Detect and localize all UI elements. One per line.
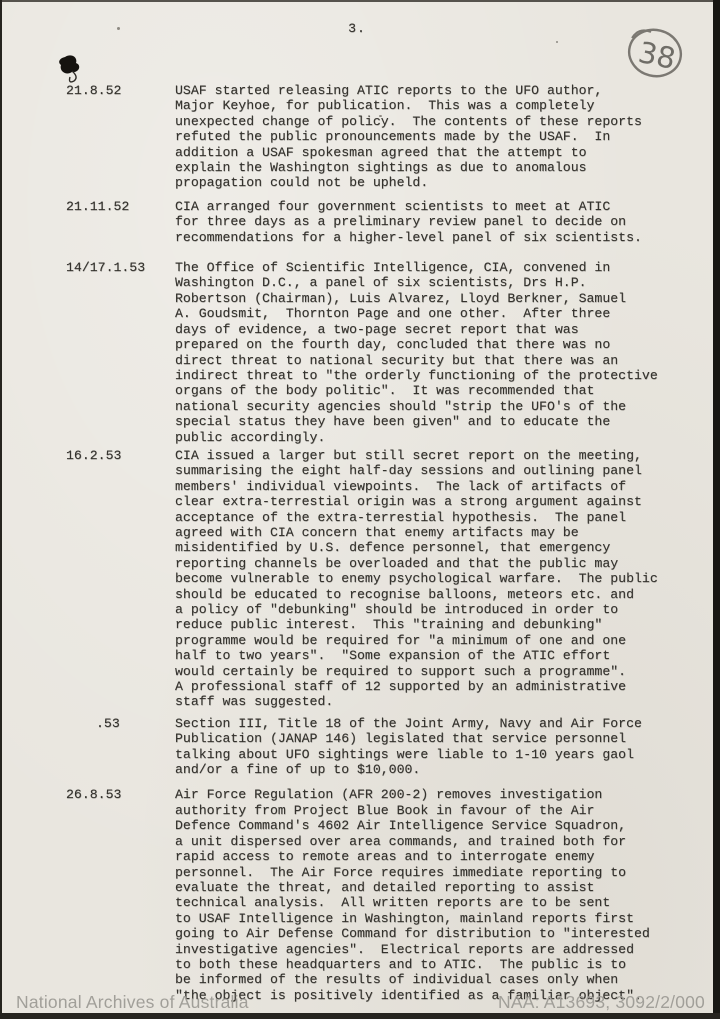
entry-text: USAF started releasing ATIC reports to t… bbox=[175, 83, 675, 191]
chronology-entry: 16.2.53 CIA issued a larger but still se… bbox=[0, 448, 714, 710]
scan-edge-bottom bbox=[0, 1013, 720, 1019]
chronology-entry: 14/17.1.53 The Office of Scientific Inte… bbox=[0, 260, 714, 445]
ink-blot-icon bbox=[56, 54, 82, 86]
annotation-number: 38 bbox=[635, 35, 678, 76]
entry-date: 14/17.1.53 bbox=[0, 260, 175, 275]
entry-text: The Office of Scientific Intelligence, C… bbox=[175, 260, 675, 445]
chronology-list: 21.8.52 USAF started releasing ATIC repo… bbox=[0, 83, 714, 1003]
scan-edge-top bbox=[0, 0, 720, 2]
page-number: 3. bbox=[0, 21, 714, 36]
paper-speck bbox=[556, 41, 558, 43]
entry-text: Section III, Title 18 of the Joint Army,… bbox=[175, 716, 675, 778]
paper-speck bbox=[117, 27, 120, 30]
chronology-entry: 21.8.52 USAF started releasing ATIC repo… bbox=[0, 83, 714, 191]
entry-text: CIA arranged four government scientists … bbox=[175, 199, 675, 245]
entry-date: 21.8.52 bbox=[0, 83, 175, 98]
entry-date: .53 bbox=[0, 716, 175, 731]
scanned-document-page: { "page": { "number_label": "3.", "handw… bbox=[0, 0, 720, 1019]
entry-text: CIA issued a larger but still secret rep… bbox=[175, 448, 675, 710]
chronology-entry: 21.11.52 CIA arranged four government sc… bbox=[0, 199, 714, 245]
circled-annotation: 38 bbox=[620, 22, 690, 84]
entry-date: 16.2.53 bbox=[0, 448, 175, 463]
scan-edge-right bbox=[713, 0, 720, 1019]
entry-text: Air Force Regulation (AFR 200-2) removes… bbox=[175, 787, 675, 1003]
entry-date: 21.11.52 bbox=[0, 199, 175, 214]
chronology-entry: 26.8.53 Air Force Regulation (AFR 200-2)… bbox=[0, 787, 714, 1003]
chronology-entry: .53 Section III, Title 18 of the Joint A… bbox=[0, 716, 714, 778]
entry-date: 26.8.53 bbox=[0, 787, 175, 802]
